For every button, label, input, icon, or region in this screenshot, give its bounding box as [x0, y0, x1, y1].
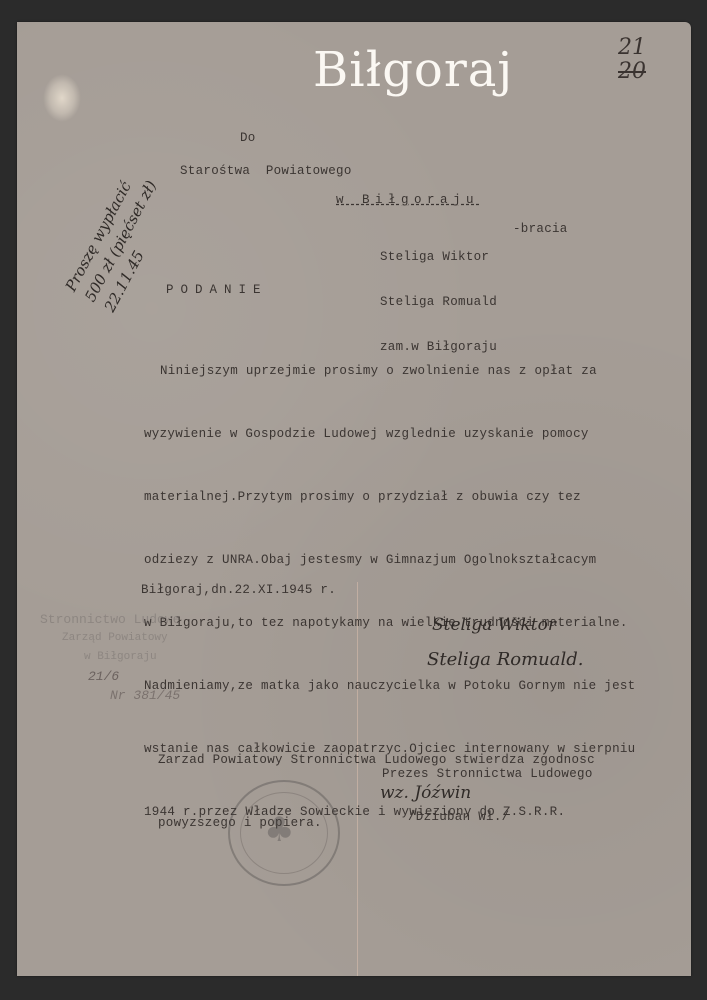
confirmation-text: Zarzad Powiatowy Stronnictwa Ludowego st… [158, 708, 595, 855]
clover-icon: ♣ [264, 810, 294, 850]
stamp-line: Zarząd Powiatowy [40, 629, 180, 648]
overlay-title: Biłgoraj [313, 42, 513, 98]
president-title: Prezes Stronnictwa Ludowego [382, 767, 593, 781]
faded-office-stamp: Stronnictwo Ludowe Zarząd Powiatowy w Bi… [40, 610, 180, 705]
addressee-office: Starośtwa Powiatowego [180, 164, 352, 178]
stamp-line: Stronnictwo Ludowe [40, 610, 180, 629]
addressee-to: Do [240, 131, 256, 145]
body-line: odziezy z UNRA.Obaj jestesmy w Gimnazjum… [144, 550, 635, 571]
signature-romuald: Steliga Romuald. [427, 649, 584, 670]
signature-wiktor: Steliga Wiktor [432, 615, 556, 635]
body-line: wyzywienie w Gospodzie Ludowej wzglednie… [144, 424, 635, 445]
archive-page-number: 21 20 [618, 36, 646, 84]
paper-stain [43, 74, 81, 122]
body-line: materialnej.Przytym prosimy o przydział … [144, 487, 635, 508]
round-party-stamp: ♣ [228, 780, 340, 886]
president-signature: wz. Jóźwin [380, 783, 471, 803]
document-heading: PODANIE [166, 283, 268, 297]
sender-line: Steliga Romuald [380, 295, 497, 310]
body-line: Niniejszym uprzejmie prosimy o zwolnieni… [160, 361, 635, 382]
body-line: w Biłgoraju,to tez napotykamy na wielkie… [144, 613, 635, 634]
date-line: Biłgoraj,dn.22.XI.1945 r. [141, 583, 336, 597]
confirmation-line: powyzszego i popiera. [158, 813, 595, 834]
sender-line: Steliga Wiktor [380, 250, 497, 265]
body-line: Nadmieniamy,ze matka jako nauczycielka w… [144, 676, 635, 697]
president-name: /Dziuban Wł./ [408, 810, 509, 824]
stamp-line: w Biłgoraju [40, 648, 180, 667]
page-number-current: 21 [618, 35, 646, 60]
page-number-crossed-out: 20 [618, 60, 646, 84]
addressee-city: w Biłgoraju [336, 193, 479, 207]
sender-relation: -bracia [513, 222, 568, 236]
stamp-line: Nr 381/45 [40, 686, 180, 705]
stamp-line: 21/6 [40, 667, 180, 686]
